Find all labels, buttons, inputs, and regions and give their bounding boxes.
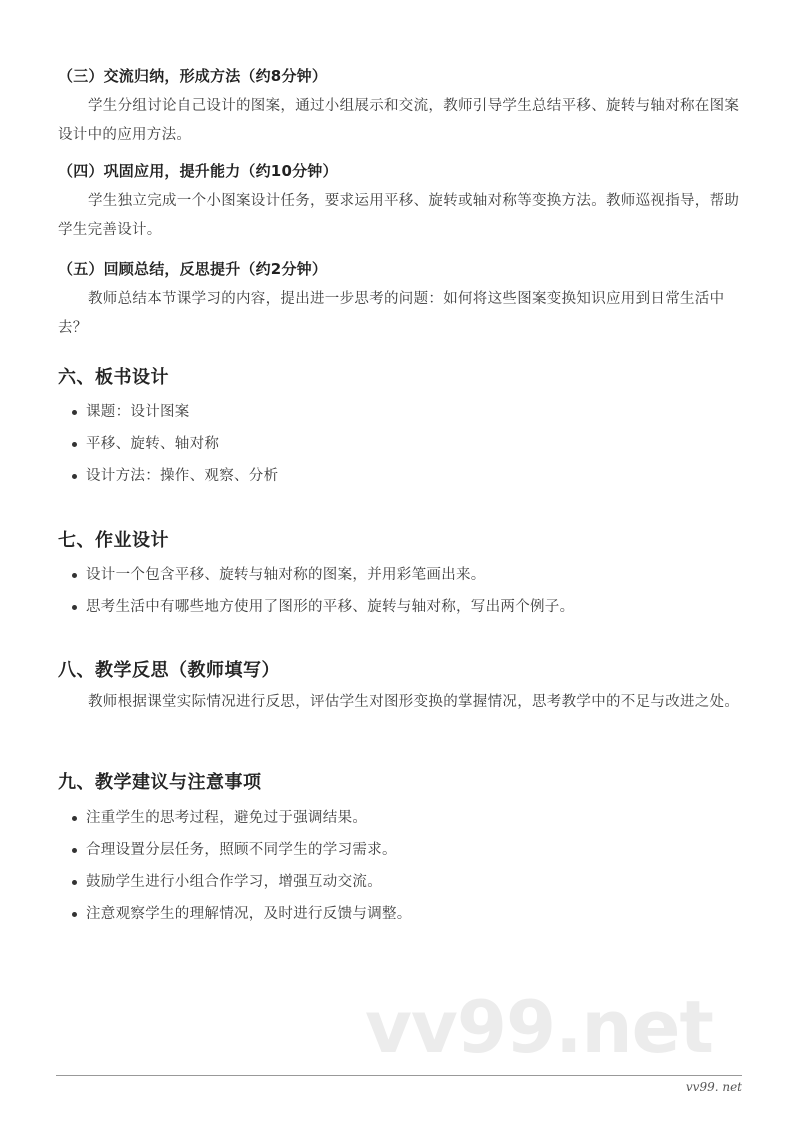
homework-list: 设计一个包含平移、旋转与轴对称的图案，并用彩笔画出来。 思考生活中有哪些地方使用… (72, 559, 574, 623)
bullet-icon (72, 880, 77, 885)
bullet-icon (72, 442, 77, 447)
bullet-icon (72, 605, 77, 610)
section-heading-advice: 九、教学建议与注意事项 (58, 768, 262, 794)
list-item: 注意观察学生的理解情况，及时进行反馈与调整。 (72, 898, 412, 930)
bullet-icon (72, 573, 77, 578)
bullet-icon (72, 474, 77, 479)
watermark: vv99.net (365, 985, 713, 1069)
footer-divider (56, 1075, 742, 1076)
subheading-step-4: （四）巩固应用，提升能力（约10分钟） (58, 160, 338, 181)
subheading-step-5: （五）回顾总结，反思提升（约2分钟） (58, 258, 327, 279)
bullet-icon (72, 848, 77, 853)
list-item: 平移、旋转、轴对称 (72, 428, 278, 460)
section-heading-board-design: 六、板书设计 (58, 363, 169, 389)
list-item: 合理设置分层任务，照顾不同学生的学习需求。 (72, 834, 412, 866)
list-item: 设计一个包含平移、旋转与轴对称的图案，并用彩笔画出来。 (72, 559, 574, 591)
list-item: 鼓励学生进行小组合作学习，增强互动交流。 (72, 866, 412, 898)
bullet-icon (72, 410, 77, 415)
paragraph-step-5: 教师总结本节课学习的内容，提出进一步思考的问题：如何将这些图案变换知识应用到日常… (58, 285, 748, 343)
board-design-list: 课题：设计图案 平移、旋转、轴对称 设计方法：操作、观察、分析 (72, 396, 278, 492)
paragraph-reflection: 教师根据课堂实际情况进行反思，评估学生对图形变换的掌握情况，思考教学中的不足与改… (58, 688, 748, 717)
list-item: 注重学生的思考过程，避免过于强调结果。 (72, 802, 412, 834)
bullet-icon (72, 816, 77, 821)
section-heading-homework: 七、作业设计 (58, 526, 169, 552)
list-item: 思考生活中有哪些地方使用了图形的平移、旋转与轴对称，写出两个例子。 (72, 591, 574, 623)
bullet-icon (72, 912, 77, 917)
paragraph-step-3: 学生分组讨论自己设计的图案，通过小组展示和交流，教师引导学生总结平移、旋转与轴对… (58, 92, 748, 150)
footer-site-label: vv99. net (686, 1080, 742, 1094)
advice-list: 注重学生的思考过程，避免过于强调结果。 合理设置分层任务，照顾不同学生的学习需求… (72, 802, 412, 930)
subheading-step-3: （三）交流归纳，形成方法（约8分钟） (58, 65, 327, 86)
document-page: （三）交流归纳，形成方法（约8分钟） 学生分组讨论自己设计的图案，通过小组展示和… (0, 0, 800, 1130)
section-heading-reflection: 八、教学反思（教师填写） (58, 656, 280, 682)
list-item: 课题：设计图案 (72, 396, 278, 428)
list-item: 设计方法：操作、观察、分析 (72, 460, 278, 492)
paragraph-step-4: 学生独立完成一个小图案设计任务，要求运用平移、旋转或轴对称等变换方法。教师巡视指… (58, 187, 748, 245)
